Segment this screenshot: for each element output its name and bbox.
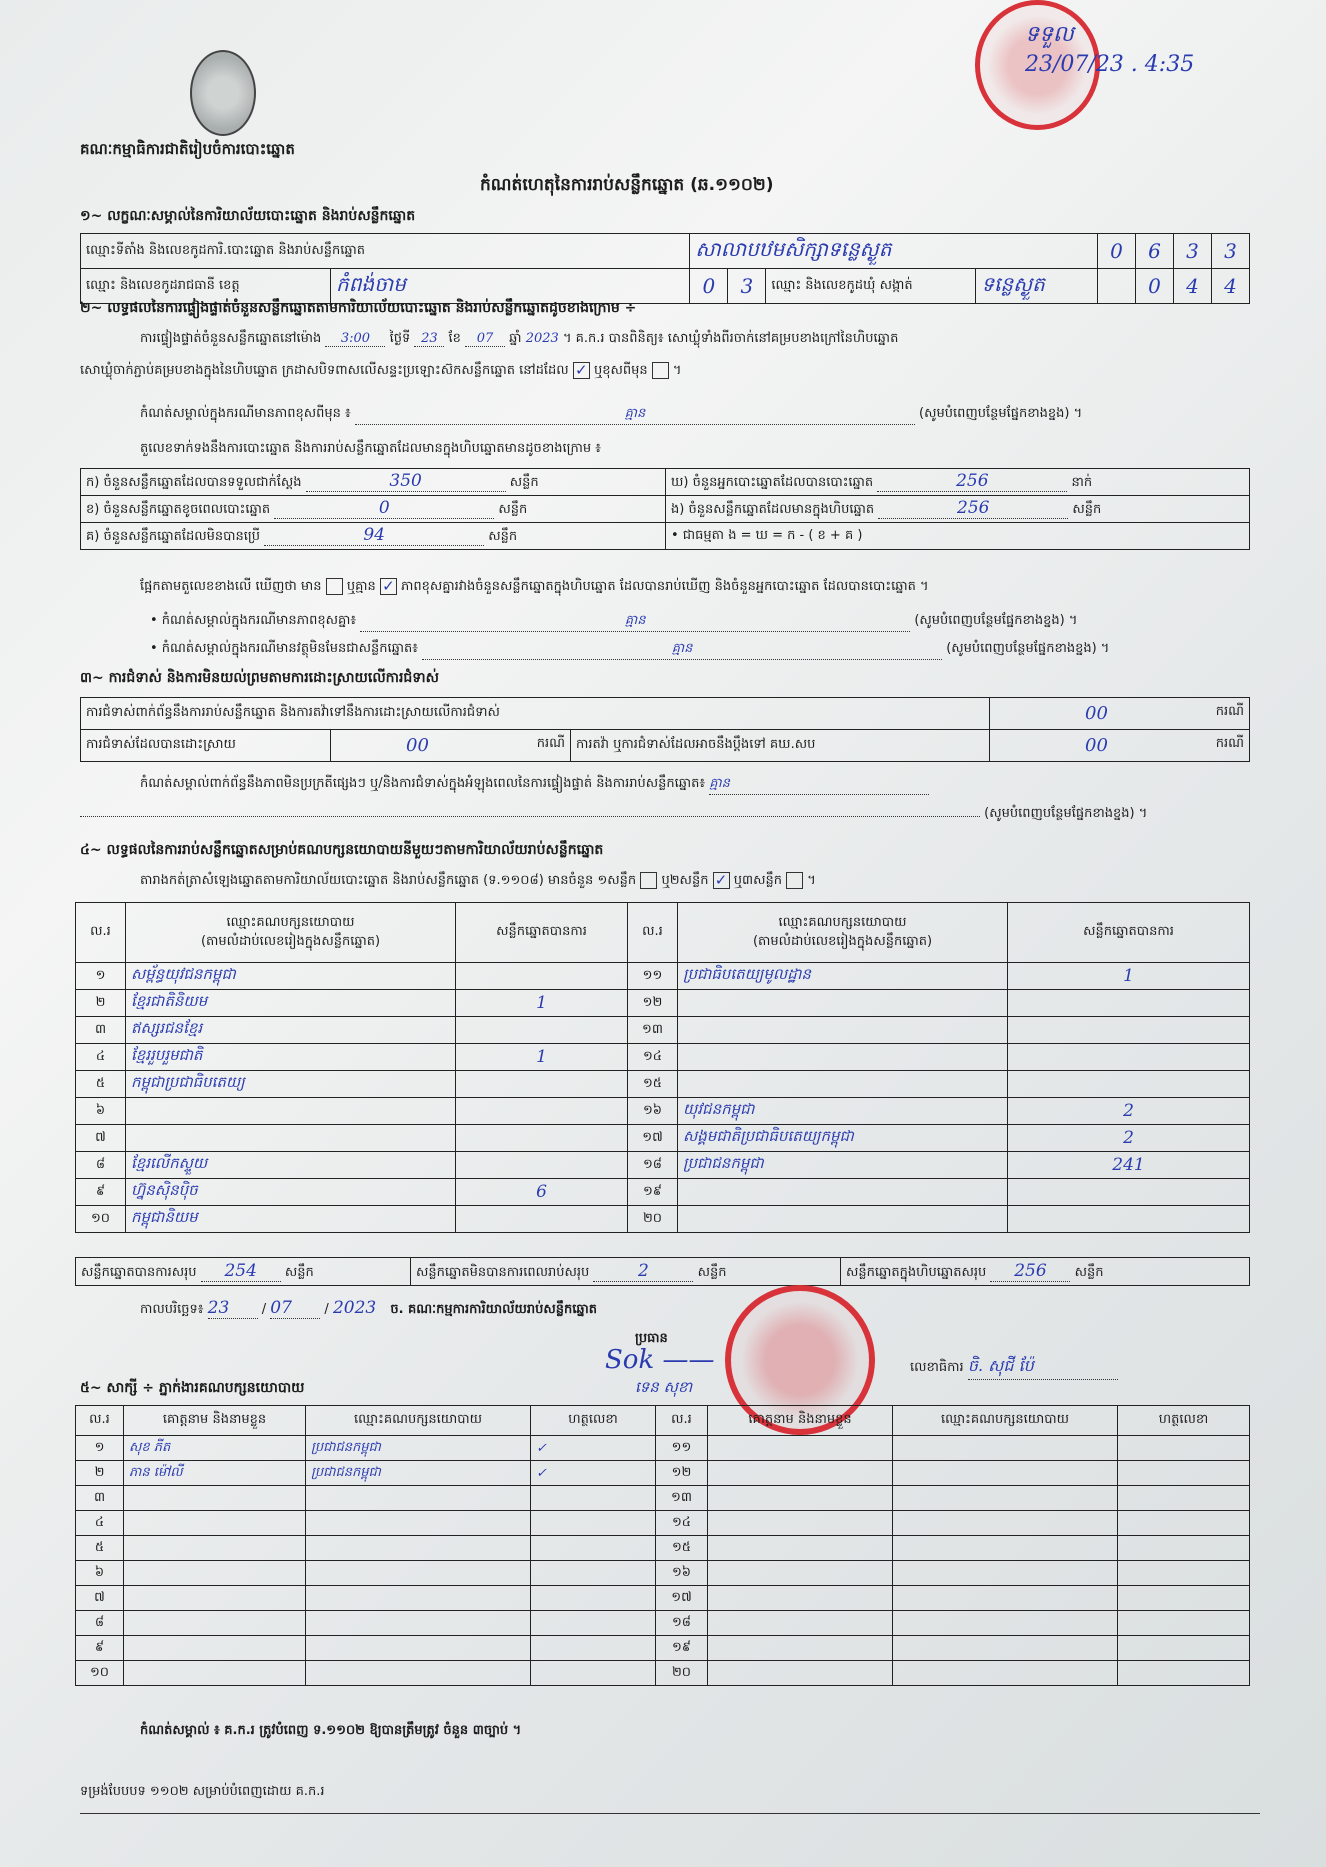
date-line: កាលបរិច្ឆេទ៖ 23 / 07 / 2023 ច. គណៈកម្មកា… [140, 1298, 597, 1320]
party-number: ១១ [628, 963, 678, 990]
diff-note-line: កំណត់សម្គាល់ក្នុងករណីមានភាពខុសពីមុន ៖ គ្… [140, 405, 1250, 425]
party-votes: 1 [1008, 963, 1250, 990]
table-row: ៤១៤ [76, 1511, 1250, 1536]
party-number: ១៨ [628, 1152, 678, 1179]
same-checkbox[interactable]: ✓ [573, 362, 590, 379]
party-number: ១៣ [628, 1017, 678, 1044]
table-row: ៨ខ្មែរលើកស្ទួយ១៨ប្រជាជនកម្ពុជា241 [76, 1152, 1250, 1179]
witness-party [306, 1611, 531, 1636]
witness-party: ប្រជាជនកម្ពុជា [306, 1461, 531, 1486]
witness-no: ២០ [656, 1661, 708, 1686]
witness-party [893, 1636, 1118, 1661]
witness-signature [531, 1586, 656, 1611]
table-row: ៥កម្ពុជាប្រជាធិបតេយ្យ១៥ [76, 1071, 1250, 1098]
witness-signature: ✓ [531, 1461, 656, 1486]
no-discrepancy-checkbox[interactable]: ✓ [380, 578, 397, 595]
complaints-value: 00 [1085, 703, 1108, 724]
party-results-table: ល.រ ឈ្មោះគណបក្សនយោបាយ(តាមលំដាប់លេខរៀងក្ន… [75, 902, 1250, 1233]
province-code-1: 0 [690, 269, 728, 304]
party-votes: 241 [1008, 1152, 1250, 1179]
box-total: សន្លឹកឆ្នោតក្នុងហិបឆ្នោតសរុប 256 សន្លឹក [841, 1258, 1250, 1286]
witness-no: ១ [76, 1436, 124, 1461]
note-diff-value: គ្មាន [360, 612, 910, 632]
page-title: កំណត់ហេតុនៃការរាប់សន្លឹកឆ្នោត (ឆ.១១០២) [480, 174, 774, 199]
counts-intro: តួលេខទាក់ទងនឹងការបោះឆ្នោត និងការរាប់សន្ល… [140, 440, 601, 459]
witness-signature [1118, 1536, 1250, 1561]
party-votes [1008, 1017, 1250, 1044]
valid-total: សន្លឹកឆ្នោតបានការសរុប 254 សន្លឹក [76, 1258, 411, 1286]
witness-party [893, 1661, 1118, 1686]
witness-signature [1118, 1436, 1250, 1461]
party-votes: 1 [456, 990, 628, 1017]
commune-code-2: 4 [1174, 269, 1212, 304]
chair-signature: Sok —— [605, 1345, 714, 1375]
witness-signature [1118, 1461, 1250, 1486]
witness-name [708, 1536, 893, 1561]
witness-party [893, 1586, 1118, 1611]
witness-name [708, 1436, 893, 1461]
party-name: ខ្មែរលើកស្ទួយ [126, 1152, 456, 1179]
party-votes: 2 [1008, 1125, 1250, 1152]
party-name [678, 1179, 1008, 1206]
table-row: ៩១៩ [76, 1636, 1250, 1661]
witness-name [124, 1586, 306, 1611]
resolved-value: 00 [406, 735, 429, 756]
form-label: ទម្រង់បែបបទ ១១០២ សម្រាប់បំពេញដោយ គ.ក.រ [80, 1783, 325, 1802]
party-name: ឥស្សរជនខ្មែរ [126, 1017, 456, 1044]
party-name: ខ្មែររួបរួមជាតិ [126, 1044, 456, 1071]
party-votes [1008, 1044, 1250, 1071]
party-number: ១៩ [628, 1179, 678, 1206]
party-number: ១ [76, 963, 126, 990]
table-row: ៩ហ្វ៊ុនស៊ិនប៉ិច6១៩ [76, 1179, 1250, 1206]
section2-heading: ២~ លទ្ធផលនៃការផ្ទៀងផ្ទាត់ចំនួនសន្លឹកឆ្នោ… [80, 298, 636, 319]
receipt-note-label: ទទួល [1025, 20, 1194, 52]
commune-value: ទន្លេស្ងួត [976, 269, 1098, 304]
irregular-note-continuation: (សូមបំពេញបន្ថែមផ្នែកខាងខ្នង) ។ [80, 805, 1250, 824]
complaints-label: ការជំទាស់ពាក់ព័ន្ធនឹងការរាប់សន្លឹកឆ្នោត … [81, 698, 990, 730]
invalid-total: សន្លឹកឆ្នោតមិនបានការពេលរាប់សរុប 2 សន្លឹក [411, 1258, 841, 1286]
table-row: ៤ខ្មែររួបរួមជាតិ1១៤ [76, 1044, 1250, 1071]
witness-party [306, 1561, 531, 1586]
section1-heading: ១~ លក្ខណៈសម្គាល់នៃការិយាល័យបោះឆ្នោត និងរ… [80, 206, 415, 227]
party-votes [456, 963, 628, 990]
witness-name [708, 1511, 893, 1536]
witness-name [124, 1486, 306, 1511]
witness-signature [531, 1536, 656, 1561]
witness-signature [531, 1661, 656, 1686]
witness-no: ៩ [76, 1636, 124, 1661]
witness-no: ៤ [76, 1511, 124, 1536]
witness-no: ១៧ [656, 1586, 708, 1611]
witness-signature [1118, 1561, 1250, 1586]
table-row: ១សម្ព័ន្ធយុវជនកម្ពុជា១១ប្រជាធិបតេយ្យមូលដ… [76, 963, 1250, 990]
seal-status-line: សោឃ្លុំចាក់ភ្ជាប់គម្របខាងក្នុងនៃហិបឆ្នោត… [80, 362, 681, 381]
witness-signature [1118, 1586, 1250, 1611]
verification-day: 23 [414, 331, 444, 347]
appeal-label: ការតវ៉ា ឬការជំទាស់ដែលអាចនឹងប្តឹងទៅ គឃ.សប [571, 730, 990, 762]
receipt-note: ទទួល 23/07/23 . 4:35 [1025, 20, 1194, 77]
witness-signature [1118, 1511, 1250, 1536]
party-name: ប្រជាធិបតេយ្យមូលដ្ឋាន [678, 963, 1008, 990]
party-votes: 2 [1008, 1098, 1250, 1125]
party-votes [456, 1017, 628, 1044]
witness-no: ៧ [76, 1586, 124, 1611]
table-row: ៨១៨ [76, 1611, 1250, 1636]
party-number: ៨ [76, 1152, 126, 1179]
party-name [678, 990, 1008, 1017]
count-spoiled: ខ) ចំនួនសន្លឹកឆ្នោតខូចពេលបោះឆ្នោត 0 សន្ល… [81, 496, 666, 523]
party-number: ៩ [76, 1179, 126, 1206]
verification-month: 07 [465, 331, 505, 347]
province-code-2: 3 [728, 269, 766, 304]
witnesses-table: ល.រ គោត្តនាម និងនាមខ្លួន ឈ្មោះគណបក្សនយោប… [75, 1405, 1250, 1686]
table-row: ៧១៧សង្គមជាតិប្រជាធិបតេយ្យកម្ពុជា2 [76, 1125, 1250, 1152]
witness-no: ១៦ [656, 1561, 708, 1586]
witness-signature [1118, 1486, 1250, 1511]
party-votes [456, 1152, 628, 1179]
party-name: ប្រជាជនកម្ពុជា [678, 1152, 1008, 1179]
date-month: 07 [270, 1298, 320, 1319]
resolved-label: ការជំទាស់ដែលបានដោះស្រាយ [81, 730, 331, 762]
party-name: ខ្មែរជាតិនិយម [126, 990, 456, 1017]
party-votes [456, 1098, 628, 1125]
station-code-3: 3 [1174, 234, 1212, 269]
witness-no: ១១ [656, 1436, 708, 1461]
date-day: 23 [208, 1298, 258, 1319]
party-name [678, 1044, 1008, 1071]
party-name [678, 1017, 1008, 1044]
witness-no: ១៨ [656, 1611, 708, 1636]
table-row: ២ភាន ម៉ៅលីប្រជាជនកម្ពុជា✓១២ [76, 1461, 1250, 1486]
witness-signature [531, 1486, 656, 1511]
resolved-cell: 00 ករណី [331, 730, 571, 762]
commune-code-3: 4 [1212, 269, 1250, 304]
witness-name: ភាន ម៉ៅលី [124, 1461, 306, 1486]
three-sheet-checkbox[interactable] [786, 872, 803, 889]
witness-name [124, 1611, 306, 1636]
verification-year: 2023 [526, 331, 559, 346]
witness-party: ប្រជាជនកម្ពុជា [306, 1436, 531, 1461]
count-received: ក) ចំនួនសន្លឹកឆ្នោតដែលបានទទួលជាក់ស្តែង 3… [81, 469, 666, 496]
witness-party [306, 1586, 531, 1611]
count-unused: គ) ចំនួនសន្លឹកឆ្នោតដែលមិនបានប្រើ 94 សន្ល… [81, 523, 666, 550]
witness-party [893, 1461, 1118, 1486]
witness-party [306, 1486, 531, 1511]
witness-no: ១៥ [656, 1536, 708, 1561]
ballot-counts-table: ក) ចំនួនសន្លឹកឆ្នោតដែលបានទទួលជាក់ស្តែង 3… [80, 468, 1250, 550]
table-row: ៣១៣ [76, 1486, 1250, 1511]
witness-party [893, 1436, 1118, 1461]
receipt-note-datetime: 23/07/23 . 4:35 [1025, 52, 1194, 77]
note-foreign-line: • កំណត់សម្គាល់ក្នុងករណីមានវត្ថុមិនមែនជាស… [150, 640, 1250, 660]
witness-name [708, 1636, 893, 1661]
party-number: ១៦ [628, 1098, 678, 1125]
party-number: ២០ [628, 1206, 678, 1233]
witness-no: ១៣ [656, 1486, 708, 1511]
witness-name [124, 1636, 306, 1661]
commune-label: ឈ្មោះ និងលេខកូដឃុំ សង្កាត់ [766, 269, 976, 304]
verification-time: 3:00 [325, 331, 385, 347]
count-formula: • ជាធម្មតា ង = ឃ = ក - ( ខ + គ ) [666, 523, 1250, 550]
diff-note-value: គ្មាន [355, 405, 915, 425]
witness-name [124, 1661, 306, 1686]
party-votes: 1 [456, 1044, 628, 1071]
party-votes [1008, 1071, 1250, 1098]
station-value: សាលាបឋមសិក្សាទន្លេស្ងួត [690, 234, 1098, 269]
party-name [126, 1098, 456, 1125]
count-voters: ឃ) ចំនួនអ្នកបោះឆ្នោតដែលបានបោះឆ្នោត 256 ន… [666, 469, 1250, 496]
party-number: ១៥ [628, 1071, 678, 1098]
party-name: ហ្វ៊ុនស៊ិនប៉ិច [126, 1179, 456, 1206]
witness-name [708, 1586, 893, 1611]
discrepancy-line: ផ្អែកតាមតួលេខខាងលើ ឃើញថា មាន ឬគ្មាន ✓ ភា… [140, 578, 929, 597]
note-diff-line: • កំណត់សម្គាល់ក្នុងករណីមានភាពខុសគ្នា៖ គ្… [150, 612, 1250, 632]
party-number: ១៧ [628, 1125, 678, 1152]
witness-signature [531, 1561, 656, 1586]
organization-name: គណៈកម្មាធិការជាតិរៀបចំការបោះឆ្នោត [80, 140, 295, 162]
witness-name [124, 1536, 306, 1561]
party-name: សម្ព័ន្ធយុវជនកម្ពុជា [126, 963, 456, 990]
witness-name [708, 1611, 893, 1636]
witness-party [893, 1511, 1118, 1536]
complaints-table: ការជំទាស់ពាក់ព័ន្ធនឹងការរាប់សន្លឹកឆ្នោត … [80, 697, 1250, 762]
tally-sheets-line: តារាងកត់ត្រាសំឡេងឆ្នោតតាមការិយាល័យបោះឆ្ន… [140, 872, 816, 891]
party-votes [456, 1125, 628, 1152]
table-row: ៦១៦យុវជនកម្ពុជា2 [76, 1098, 1250, 1125]
witness-signature [1118, 1661, 1250, 1686]
section5-heading: ៥~ សាក្សី ÷ ភ្នាក់ងារគណបក្សនយោបាយ [80, 1378, 305, 1399]
witness-no: ៥ [76, 1536, 124, 1561]
station-code-4: 3 [1212, 234, 1250, 269]
footer-divider [80, 1813, 1260, 1814]
party-number: ៧ [76, 1125, 126, 1152]
witness-signature [1118, 1636, 1250, 1661]
witness-no: ១០ [76, 1661, 124, 1686]
count-in-box: ង) ចំនួនសន្លឹកឆ្នោតដែលមានក្នុងហិបឆ្នោត 2… [666, 496, 1250, 523]
has-discrepancy-checkbox[interactable] [326, 578, 343, 595]
party-name: សង្គមជាតិប្រជាធិបតេយ្យកម្ពុជា [678, 1125, 1008, 1152]
witness-no: ១២ [656, 1461, 708, 1486]
note-foreign-value: គ្មាន [422, 640, 942, 660]
irregular-note-line: កំណត់សម្គាល់ពាក់ព័ន្ធនឹងភាពមិនប្រក្រតីផ្… [140, 775, 1250, 795]
party-votes [456, 1071, 628, 1098]
section4-heading: ៤~ លទ្ធផលនៃការរាប់សន្លឹកឆ្នោតសម្រាប់គណបក… [80, 840, 603, 861]
witness-signature [1118, 1611, 1250, 1636]
witness-name [708, 1486, 893, 1511]
complaints-cell: 00 ករណី [990, 698, 1250, 730]
witness-party [306, 1661, 531, 1686]
station-code-2: 6 [1136, 234, 1174, 269]
date-year: 2023 [333, 1298, 376, 1318]
party-name [678, 1206, 1008, 1233]
chair-name: ទេន សុខា [635, 1378, 692, 1400]
party-name: កម្ពុជាប្រជាធិបតេយ្យ [126, 1071, 456, 1098]
secretary-line: លេខាធិការ ចិ. សុជី ប៉ែ [910, 1355, 1118, 1380]
station-label: ឈ្មោះទីតាំង និងលេខកូដការិ.បោះឆ្នោត និងរា… [81, 234, 690, 269]
party-number: ២ [76, 990, 126, 1017]
table-row: ៦១៦ [76, 1561, 1250, 1586]
table-row: ៧១៧ [76, 1586, 1250, 1611]
witness-party [893, 1611, 1118, 1636]
witness-party [893, 1561, 1118, 1586]
party-votes [1008, 1179, 1250, 1206]
witness-party [893, 1536, 1118, 1561]
table-row: ១០២០ [76, 1661, 1250, 1686]
witness-name [708, 1461, 893, 1486]
witness-name [708, 1561, 893, 1586]
station-info-table: ឈ្មោះទីតាំង និងលេខកូដការិ.បោះឆ្នោត និងរា… [80, 233, 1250, 304]
witness-party [893, 1486, 1118, 1511]
commune-code-1: 0 [1136, 269, 1174, 304]
footer-note: កំណត់សម្គាល់ ៖ គ.ក.រ ត្រូវបំពេញ ទ.១១០២ ឱ… [140, 1722, 521, 1741]
witness-party [306, 1636, 531, 1661]
section3-heading: ៣~ ការជំទាស់ និងការមិនយល់ព្រមតាមការដោះស្… [80, 668, 439, 689]
party-number: ៦ [76, 1098, 126, 1125]
party-name [126, 1125, 456, 1152]
table-row: ៣ឥស្សរជនខ្មែរ១៣ [76, 1017, 1250, 1044]
table-row: ១០កម្ពុជានិយម២០ [76, 1206, 1250, 1233]
witness-no: ៦ [76, 1561, 124, 1586]
party-number: ៣ [76, 1017, 126, 1044]
totals-table: សន្លឹកឆ្នោតបានការសរុប 254 សន្លឹក សន្លឹកឆ… [75, 1257, 1250, 1286]
witness-name: សុខ ភីត [124, 1436, 306, 1461]
witness-no: ១៤ [656, 1511, 708, 1536]
two-sheet-checkbox[interactable]: ✓ [713, 872, 730, 889]
party-number: ១០ [76, 1206, 126, 1233]
witness-no: ២ [76, 1461, 124, 1486]
table-row: ៥១៥ [76, 1536, 1250, 1561]
one-sheet-checkbox[interactable] [640, 872, 657, 889]
party-number: ១៤ [628, 1044, 678, 1071]
station-code-1: 0 [1098, 234, 1136, 269]
party-votes [1008, 990, 1250, 1017]
party-votes: 6 [456, 1179, 628, 1206]
verification-line: ការផ្ទៀងផ្ទាត់ចំនួនសន្លឹកឆ្នោតនៅម៉ោង 3:0… [140, 330, 1250, 349]
party-number: ៥ [76, 1071, 126, 1098]
secretary-name: ចិ. សុជី ប៉ែ [968, 1355, 1118, 1380]
witness-no: ៣ [76, 1486, 124, 1511]
changed-checkbox[interactable] [652, 362, 669, 379]
party-number: ១២ [628, 990, 678, 1017]
table-row: ១សុខ ភីតប្រជាជនកម្ពុជា✓១១ [76, 1436, 1250, 1461]
witness-name [708, 1661, 893, 1686]
party-number: ៤ [76, 1044, 126, 1071]
irregular-note-value: គ្មាន [709, 775, 929, 795]
witness-no: ១៩ [656, 1636, 708, 1661]
nec-logo-icon [190, 50, 256, 136]
party-name: កម្ពុជានិយម [126, 1206, 456, 1233]
witness-party [306, 1536, 531, 1561]
table-row: ២ខ្មែរជាតិនិយម1១២ [76, 990, 1250, 1017]
appeal-value: 00 [1085, 735, 1108, 756]
party-name [678, 1071, 1008, 1098]
party-votes [1008, 1206, 1250, 1233]
appeal-cell: 00 ករណី [990, 730, 1250, 762]
witness-signature [531, 1611, 656, 1636]
witness-signature [531, 1511, 656, 1536]
party-votes [456, 1206, 628, 1233]
witness-signature [531, 1636, 656, 1661]
witness-signature: ✓ [531, 1436, 656, 1461]
party-name: យុវជនកម្ពុជា [678, 1098, 1008, 1125]
ballot-count-record-form: គណៈកម្មាធិការជាតិរៀបចំការបោះឆ្នោត កំណត់ហ… [60, 0, 1250, 1867]
witness-name [124, 1561, 306, 1586]
witness-name [124, 1511, 306, 1536]
witness-no: ៨ [76, 1611, 124, 1636]
witness-party [306, 1511, 531, 1536]
